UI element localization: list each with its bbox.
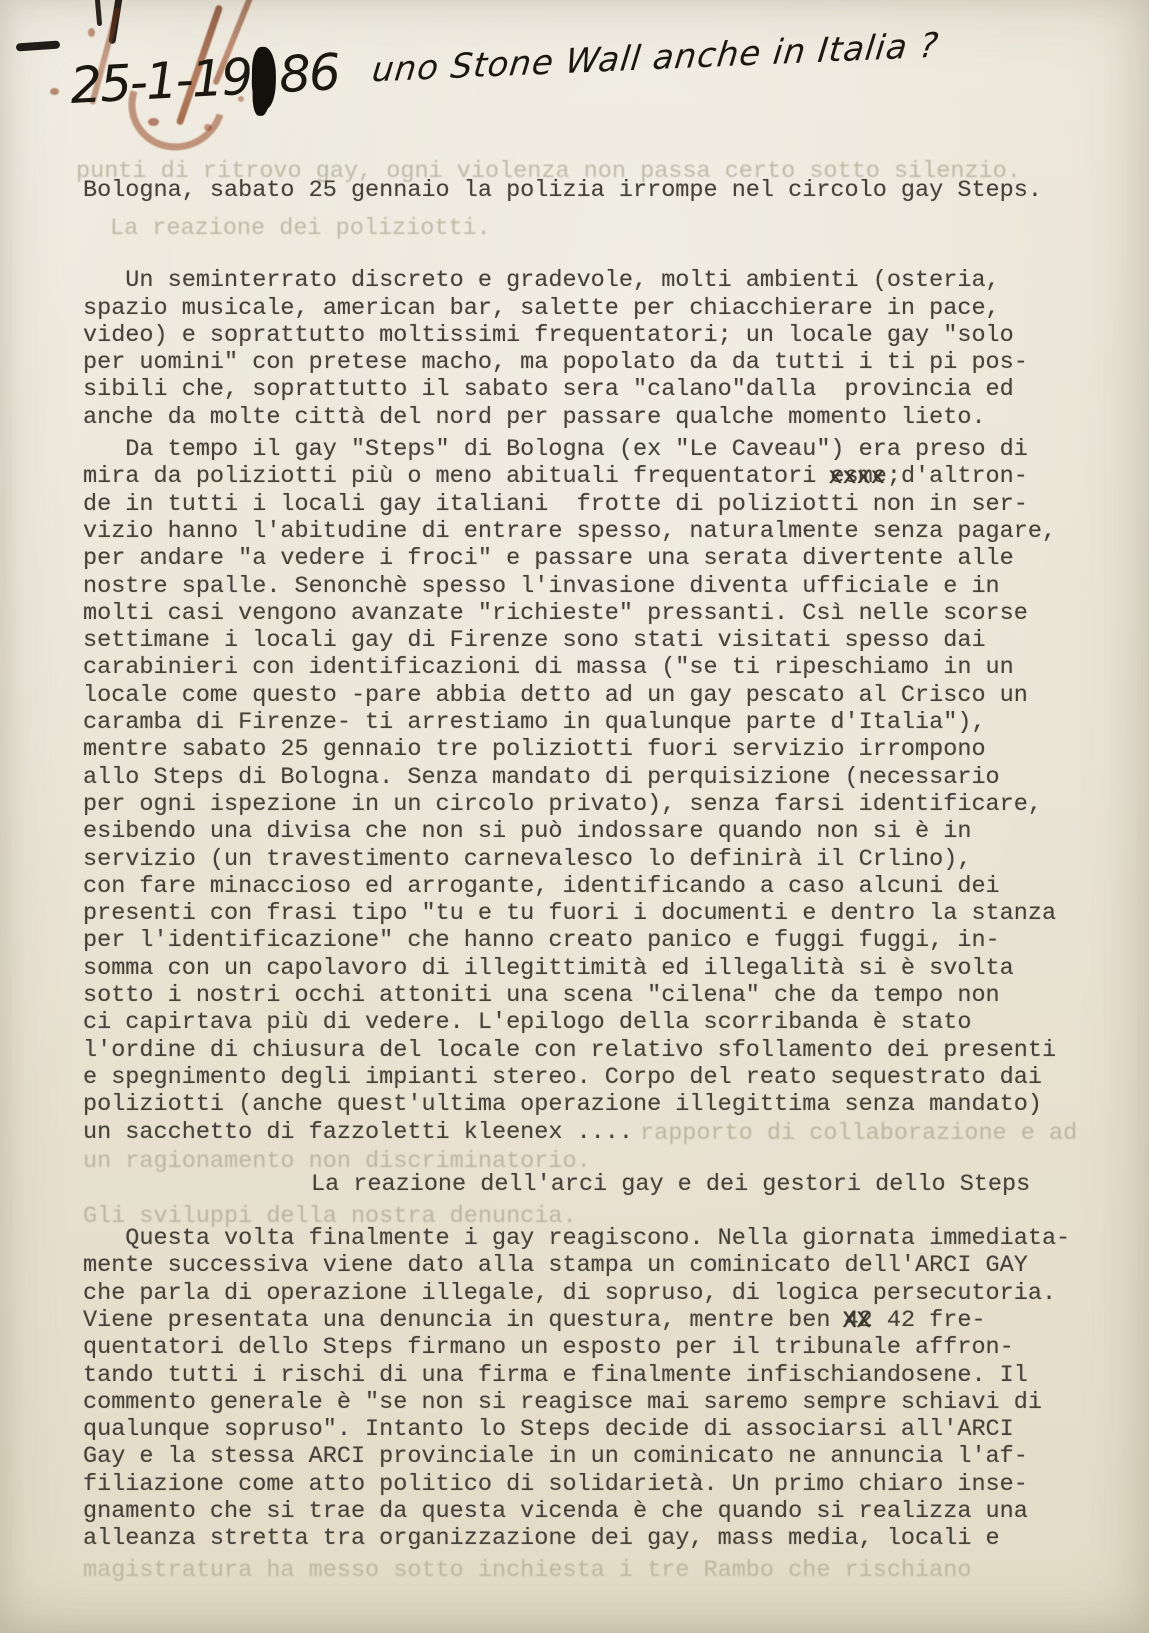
rust-speck (50, 88, 59, 95)
ghost-line: magistratura ha messo sotto inchiesta i … (83, 1557, 971, 1584)
text-segment: 42 fre- (873, 1307, 986, 1334)
typed-line: molti casi vengono avanzate "richieste" … (83, 600, 1070, 627)
typed-line: per ogni ispezione in un circolo privato… (83, 791, 1070, 818)
typed-line: per andare "a vedere i froci" e passare … (83, 545, 1070, 572)
typed-line: mentre sabato 25 gennaio tre poliziotti … (83, 736, 1070, 763)
typed-line: con fare minaccioso ed arrogante, identi… (83, 873, 1070, 900)
typed-line: alleanza stretta tra organizzazione dei … (83, 1525, 1070, 1552)
typed-line: gnamento che si trae da questa vicenda è… (83, 1498, 1070, 1525)
paragraph-3: Questa volta finalmente i gay reagiscono… (83, 1225, 1070, 1553)
typed-line: presenti con frasi tipo "tu e tu fuori i… (83, 900, 1070, 927)
date-prefix: 25-1-19 (69, 48, 253, 115)
typed-line: nostre spalle. Senonchè spesso l'invasio… (83, 573, 1070, 600)
typed-line: per uomini" con pretese macho, ma popola… (83, 349, 1070, 376)
handwritten-date: 25-1-1986 (69, 43, 340, 115)
typed-line: sibili che, soprattutto il sabato sera "… (83, 376, 1070, 403)
typed-line: de in tutti i locali gay italiani frotte… (83, 491, 1070, 518)
typed-line: che parla di operazione illegale, di sop… (83, 1280, 1070, 1307)
section-heading: La reazione dell'arci gay e dei gestori … (311, 1171, 1070, 1198)
typed-line: sotto i nostri occhi attoniti una scena … (83, 982, 1070, 1009)
typed-line: e spegnimento degli impianti stereo. Cor… (83, 1064, 1070, 1091)
typed-line: poliziotti (anche quest'ultima operazion… (83, 1091, 1070, 1118)
paragraph-3-first: Questa volta finalmente i gay reagiscono… (83, 1225, 1070, 1307)
scanned-document-page: 25-1-1986 uno Stone Wall anche in Italia… (0, 0, 1149, 1633)
typed-line: l'ordine di chiusura del locale con rela… (83, 1037, 1070, 1064)
typed-line: filiazione come atto politico di solidar… (83, 1471, 1070, 1498)
text-segment: ;d'altron- (887, 463, 1028, 490)
typed-line: vizio hanno l'abitudine di entrare spess… (83, 518, 1070, 545)
rust-speck (88, 28, 95, 37)
paragraph-3-rest: quentatori dello Steps firmano un espost… (83, 1334, 1070, 1552)
typed-line: Gay e la stessa ARCI provinciale in un c… (83, 1443, 1070, 1470)
rust-speck (204, 124, 212, 131)
typed-line: anche da molte città del nord per passar… (83, 404, 1070, 431)
typed-line: caramba di Firenze- ti arrestiamo in qua… (83, 709, 1070, 736)
struck-text: esme (830, 463, 886, 490)
typed-body: Bologna, sabato 25 gennaio la polizia ir… (83, 177, 1070, 1553)
typed-line: per l'identificazione" che hanno creato … (83, 927, 1070, 954)
paragraph-2: Da tempo il gay "Steps" di Bologna (ex "… (83, 436, 1070, 1146)
ink-blot-icon (252, 47, 277, 105)
typed-line-with-strikeout: mira da poliziotti più o meno abituali f… (83, 463, 1070, 490)
pen-tick-mark (95, 0, 102, 26)
typed-line: video) e soprattutto moltissimi frequent… (83, 322, 1070, 349)
date-suffix: 86 (278, 43, 341, 104)
typed-line: locale come questo -pare abbia detto ad … (83, 682, 1070, 709)
typed-line: commento generale è "se non si reagisce … (83, 1389, 1070, 1416)
typed-line: servizio (un travestimento carnevalesco … (83, 846, 1070, 873)
typed-line: quentatori dello Steps firmano un espost… (83, 1334, 1070, 1361)
typed-line: Da tempo il gay "Steps" di Bologna (ex "… (83, 436, 1070, 463)
paragraph-2-rest: de in tutti i locali gay italiani frotte… (83, 491, 1070, 1146)
typed-line-with-strikeout: Viene presentata una denuncia in questur… (83, 1307, 1070, 1334)
typed-line: qualunque sopruso". Intanto lo Steps dec… (83, 1416, 1070, 1443)
typed-line: ci capirtava più di vedere. L'epilogo de… (83, 1009, 1070, 1036)
text-segment: mira da poliziotti più o meno abituali f… (83, 463, 830, 490)
typed-line: spazio musicale, american bar, salette p… (83, 295, 1070, 322)
text-segment: Viene presentata una denuncia in questur… (83, 1307, 845, 1334)
typed-line: mente successiva viene dato alla stampa … (83, 1252, 1070, 1279)
typed-line: Un seminterrato discreto e gradevole, mo… (83, 267, 1070, 294)
typed-line: tando tutti i rischi di una firma e fina… (83, 1362, 1070, 1389)
typed-line: somma con un capolavoro di illegittimità… (83, 955, 1070, 982)
typed-line: Questa volta finalmente i gay reagiscono… (83, 1225, 1070, 1252)
typed-line: allo Steps di Bologna. Senza mandato di … (83, 764, 1070, 791)
paragraph-1: Un seminterrato discreto e gradevole, mo… (83, 267, 1070, 431)
struck-text: 42 (845, 1307, 873, 1334)
handwritten-title: uno Stone Wall anche in Italia ? (370, 26, 941, 91)
typed-line: esibendo una divisa che non si può indos… (83, 818, 1070, 845)
typed-line: settimane i locali gay di Firenze sono s… (83, 627, 1070, 654)
typed-line: un sacchetto di fazzoletti kleenex .... (83, 1119, 1070, 1146)
typed-line: carabinieri con identificazioni di massa… (83, 654, 1070, 681)
pen-dash-mark (16, 40, 60, 51)
rust-speck (148, 118, 159, 126)
headline-line: Bologna, sabato 25 gennaio la polizia ir… (83, 177, 1070, 204)
